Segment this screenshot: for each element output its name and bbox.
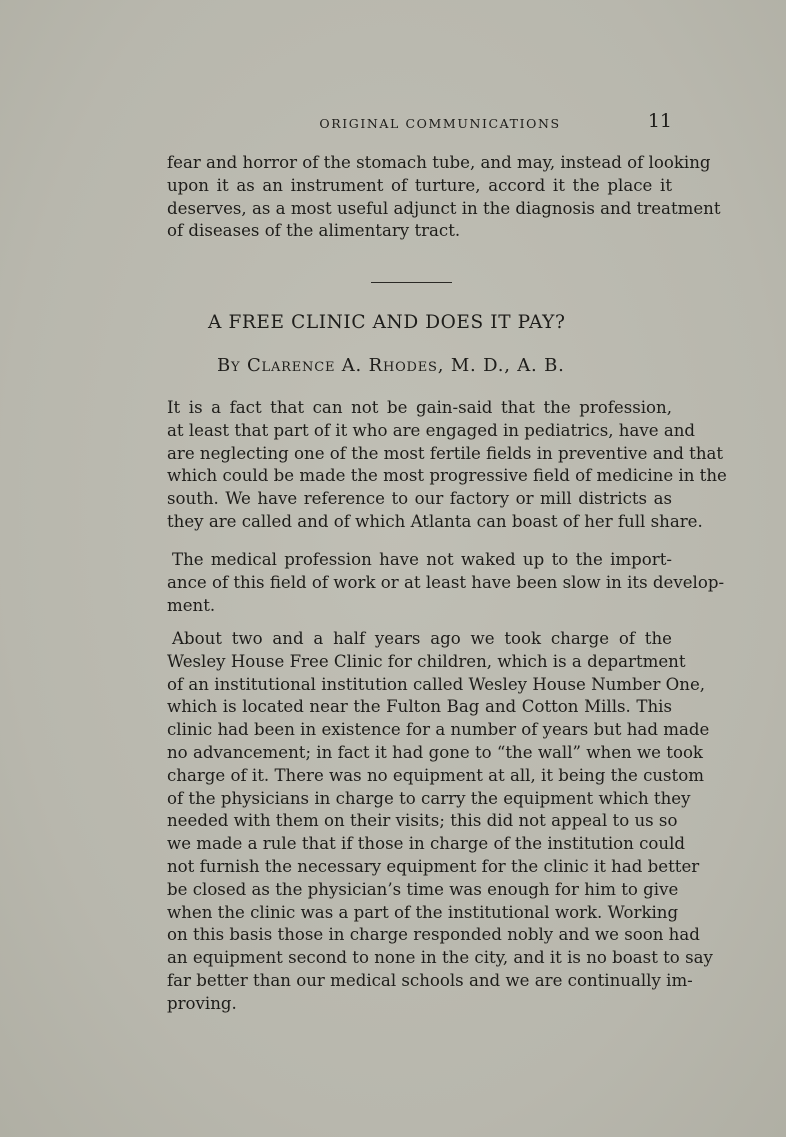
text-line: no advancement; in fact it had gone to “… [167, 742, 672, 765]
text-line: needed with them on their visits; this d… [167, 810, 672, 833]
text-line-first: The medical profession have not waked up… [167, 549, 672, 572]
text-line: proving. [167, 993, 672, 1016]
text-line: are neglecting one of the most fertile f… [167, 443, 672, 466]
continued-paragraph: fear and horror of the stomach tube, and… [167, 152, 672, 243]
text-line: of the physicians in charge to carry the… [167, 788, 672, 811]
text-line: which could be made the most progressive… [167, 465, 672, 488]
text-line: charge of it. There was no equipment at … [167, 765, 672, 788]
article-paragraph-2-text: The medical profession have not waked up… [167, 549, 672, 617]
byline-credentials: M. D., A. B. [451, 355, 565, 376]
byline-by: By [217, 355, 240, 376]
text-line: be closed as the physician’s time was en… [167, 879, 672, 902]
text-line: Wesley House Free Clinic for children, w… [167, 651, 672, 674]
text-line: an equipment second to none in the city,… [167, 947, 672, 970]
text-line-first: About two and a half years ago we took c… [167, 628, 672, 651]
text-line: deserves, as a most useful adjunct in th… [167, 198, 672, 221]
text-line: far better than our medical schools and … [167, 970, 672, 993]
text-line-first: It is a fact that can not be gain-said t… [167, 397, 672, 420]
page-number: 11 [648, 110, 672, 132]
running-head: ORIGINAL COMMUNICATIONS 11 [158, 110, 672, 134]
text-line: at least that part of it who are engaged… [167, 420, 672, 443]
text-line: not furnish the necessary equipment for … [167, 856, 672, 879]
article-paragraph-3-text: About two and a half years ago we took c… [167, 628, 672, 1016]
article-paragraph-1-text: It is a fact that can not be gain-said t… [167, 397, 672, 534]
running-head-title: ORIGINAL COMMUNICATIONS [158, 116, 672, 131]
text-line: clinic had been in existence for a numbe… [167, 719, 672, 742]
article-title: A FREE CLINIC AND DOES IT PAY? [208, 312, 566, 333]
text-line: when the clinic was a part of the instit… [167, 902, 672, 925]
article-byline: By Clarence A. Rhodes, M. D., A. B. [217, 355, 565, 376]
text-line: ance of this field of work or at least h… [167, 572, 672, 595]
text-line: we made a rule that if those in charge o… [167, 833, 672, 856]
text-line: on this basis those in charge responded … [167, 924, 672, 947]
text-line: upon it as an instrument of turture, acc… [167, 175, 672, 198]
text-line: of diseases of the alimentary tract. [167, 220, 672, 243]
text-line: of an institutional institution called W… [167, 674, 672, 697]
text-line: they are called and of which Atlanta can… [167, 511, 672, 534]
text-line: ment. [167, 595, 672, 618]
section-divider [371, 282, 452, 283]
text-line: which is located near the Fulton Bag and… [167, 696, 672, 719]
byline-author: Clarence A. Rhodes, [247, 355, 444, 376]
text-line: south. We have reference to our factory … [167, 488, 672, 511]
text-line: fear and horror of the stomach tube, and… [167, 152, 672, 175]
